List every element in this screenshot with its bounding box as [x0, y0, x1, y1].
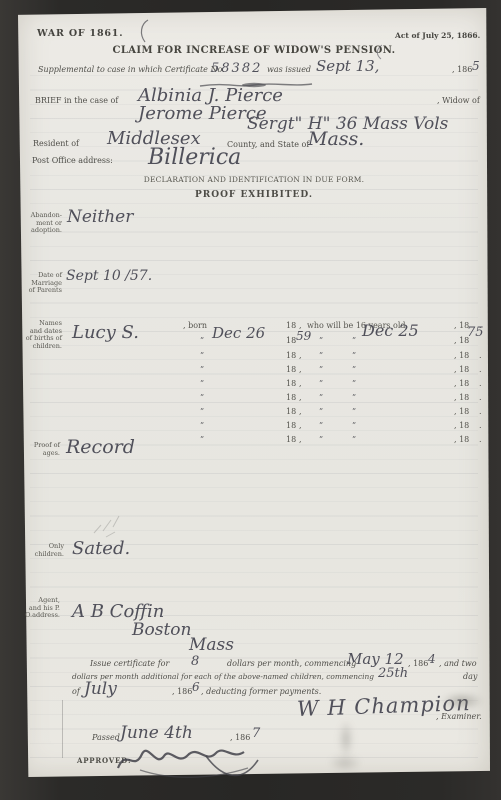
- children-table-empty-row: ”18,””, 18.: [0, 351, 501, 365]
- stain: [338, 720, 354, 758]
- certificate-number: 58382: [211, 61, 262, 76]
- state-entry: Mass.: [308, 128, 364, 150]
- act-label: Act of July 25, 1866.: [395, 31, 480, 40]
- table-cell: ,: [299, 435, 302, 444]
- table-cell: ,: [299, 379, 302, 388]
- issue-year2-digit: 6: [192, 680, 200, 694]
- children-table-empty-row: ”18,””, 18.: [0, 407, 501, 421]
- issue-seg5: of: [72, 687, 80, 696]
- stain: [440, 692, 484, 710]
- issue-seg2: dollars per month, commencing: [227, 659, 356, 668]
- table-cell: , 18: [454, 379, 469, 388]
- table-cell: ”: [200, 379, 204, 388]
- born-label: , born: [183, 321, 207, 330]
- war-title: WAR OF 1861.: [37, 28, 123, 39]
- table-cell: ”: [352, 421, 356, 430]
- table-cell: , 18: [454, 435, 469, 444]
- examiner-label: , Examiner.: [436, 712, 482, 721]
- table-cell: .: [479, 421, 482, 430]
- issue-seg1: Issue certificate for: [90, 659, 169, 668]
- table-cell: .: [479, 393, 482, 402]
- agent-label: Agent, and his P. O.address.: [20, 597, 60, 620]
- stain: [328, 754, 362, 772]
- year-left: 18: [286, 321, 296, 330]
- resident-label: Resident of: [33, 139, 79, 148]
- table-cell: , 18: [454, 421, 469, 430]
- table-cell: ”: [319, 351, 323, 360]
- marriage-label: Date of Marriage of Parents: [20, 272, 62, 295]
- issue-month-value: July: [84, 679, 117, 699]
- issue-seg4: dollars per month additional for each of…: [72, 672, 374, 681]
- table-cell: 18: [286, 435, 296, 444]
- table-cell: ”: [352, 379, 356, 388]
- marriage-entry: Sept 10 /57.: [66, 268, 152, 284]
- table-cell: ”: [200, 351, 204, 360]
- table-cell: .: [479, 407, 482, 416]
- was-issued-label: was issued: [267, 65, 311, 74]
- issue-day-value: 25th: [378, 666, 408, 681]
- table-cell: 18: [286, 421, 296, 430]
- child-born-year: 59: [296, 329, 311, 343]
- table-cell: ,: [299, 407, 302, 416]
- table-cell: ”: [200, 393, 204, 402]
- issue-year2-prefix: , 186: [172, 687, 192, 696]
- table-cell: ,: [299, 421, 302, 430]
- agent-state: Mass: [189, 635, 234, 655]
- table-cell: ,: [299, 365, 302, 374]
- table-cell: .: [479, 435, 482, 444]
- proof-exhibited-line: PROOF EXHIBITED.: [195, 190, 313, 200]
- widow-of-label: , Widow of: [437, 96, 480, 105]
- table-cell: 18: [286, 351, 296, 360]
- abandonment-entry: Neither: [67, 207, 133, 227]
- supplemental-prefix: Supplemental to case in which Certificat…: [38, 65, 225, 74]
- proof-of-ages-entry: Record: [66, 436, 135, 458]
- agent-name: A B Coffin: [72, 601, 164, 622]
- issue-date: Sept 13,: [316, 57, 379, 75]
- table-cell: 18: [286, 379, 296, 388]
- ditto-mark: ”: [319, 336, 323, 345]
- table-cell: ”: [352, 365, 356, 374]
- declaration-line: DECLARATION AND IDENTIFICATION IN DUE FO…: [144, 175, 364, 184]
- ditto-mark: ”: [200, 336, 204, 345]
- year-digit: 5: [472, 59, 480, 73]
- table-cell: .: [479, 365, 482, 374]
- abandonment-label: Abandon- ment or adoption.: [20, 212, 62, 235]
- pencil-scribble-icon: [88, 503, 130, 543]
- table-cell: ”: [319, 365, 323, 374]
- child-name: Lucy S.: [72, 322, 139, 343]
- table-cell: ”: [200, 407, 204, 416]
- children-table-empty-row: ”18,””, 18.: [0, 393, 501, 407]
- table-cell: , 18: [454, 393, 469, 402]
- year-left: 18: [286, 336, 296, 345]
- po-address-entry: Billerica: [148, 145, 241, 170]
- table-cell: ”: [200, 421, 204, 430]
- table-cell: 18: [286, 393, 296, 402]
- child-age16-date: Dec 25: [362, 321, 419, 340]
- table-cell: ”: [319, 407, 323, 416]
- proof-of-ages-label: Proof of ages.: [20, 442, 60, 457]
- issue-year1-digit: 4: [428, 652, 436, 666]
- table-cell: ,: [299, 351, 302, 360]
- document-page: WAR OF 1861. Act of July 25, 1866. CLAIM…: [0, 0, 501, 800]
- table-cell: 18: [286, 407, 296, 416]
- table-cell: ”: [200, 365, 204, 374]
- table-cell: , 18: [454, 407, 469, 416]
- year-prefix: , 186: [452, 65, 472, 74]
- table-cell: ,: [299, 393, 302, 402]
- po-address-label: Post Office address:: [32, 156, 113, 165]
- table-cell: ”: [319, 379, 323, 388]
- table-cell: ”: [352, 407, 356, 416]
- table-cell: ”: [352, 393, 356, 402]
- table-cell: ”: [319, 421, 323, 430]
- children-table-empty-row: ”18,””, 18.: [0, 365, 501, 379]
- table-cell: 18: [286, 365, 296, 374]
- children-table-empty-row: ”18,””, 18.: [0, 379, 501, 393]
- table-cell: .: [479, 379, 482, 388]
- issue-seg3: , and two: [439, 659, 477, 668]
- table-cell: , 18: [454, 351, 469, 360]
- only-children-label: Only children.: [24, 543, 64, 558]
- agent-city: Boston: [132, 620, 191, 640]
- issue-amount: 8: [191, 654, 199, 669]
- pen-mark-icon: [138, 18, 152, 44]
- issue-day-label: day: [463, 672, 477, 681]
- issue-seg6: , deducting former payments.: [201, 687, 321, 696]
- table-cell: ”: [319, 435, 323, 444]
- table-cell: .: [479, 351, 482, 360]
- table-cell: ”: [200, 435, 204, 444]
- table-cell: ”: [352, 435, 356, 444]
- fold-line: [62, 700, 63, 758]
- table-cell: ”: [319, 393, 323, 402]
- only-children-entry: Sated.: [72, 538, 130, 559]
- child-born-date: Dec 26: [212, 324, 265, 342]
- approved-signature: [110, 738, 265, 786]
- claim-title: CLAIM FOR INCREASE OF WIDOW'S PENSION.: [112, 45, 395, 56]
- issue-year1-prefix: , 186: [408, 659, 428, 668]
- table-cell: , 18: [454, 365, 469, 374]
- child-age16-year: 75: [467, 325, 484, 340]
- table-cell: ”: [352, 351, 356, 360]
- brief-label: BRIEF in the case of: [35, 96, 118, 105]
- children-table-empty-row: ”18,””, 18.: [0, 421, 501, 435]
- ditto-mark: ”: [352, 336, 356, 345]
